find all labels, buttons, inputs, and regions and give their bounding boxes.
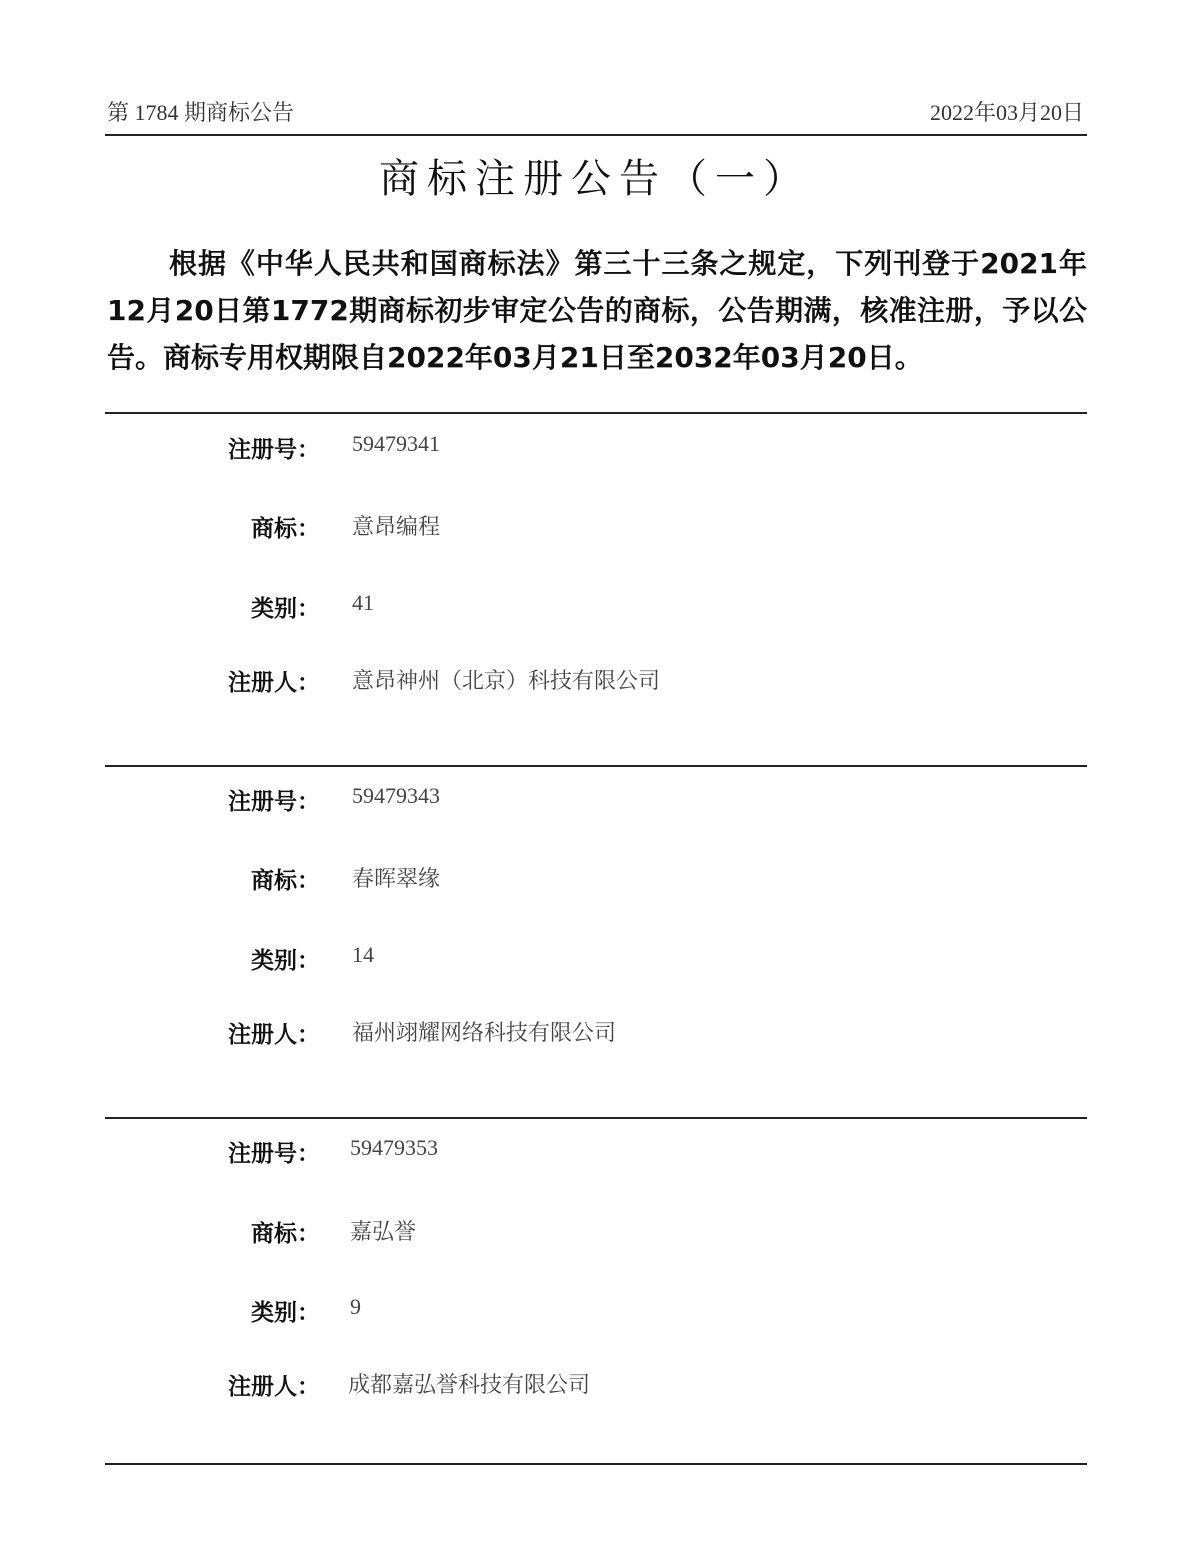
registrant-row: 注册人： 成都嘉弘誉科技有限公司 (0, 1368, 1190, 1398)
class-label: 类别： (251, 590, 320, 623)
issue-date: 2022年03月20日 (930, 96, 1084, 127)
intro-paragraph: 根据《中华人民共和国商标法》第三十三条之规定，下列刊登于2021年12月20日第… (107, 240, 1087, 381)
registrant-label: 注册人： (228, 1368, 320, 1401)
class-value: 9 (350, 1294, 361, 1320)
class-value: 14 (352, 942, 374, 968)
registrant-row: 注册人： 意昂神州（北京）科技有限公司 (0, 664, 1190, 694)
bottom-divider (105, 1463, 1087, 1465)
reg-no-row: 注册号： 59479341 (0, 431, 1190, 461)
reg-no-row: 注册号： 59479353 (0, 1135, 1190, 1165)
mark-label: 商标： (251, 862, 320, 895)
mark-value: 春晖翠缘 (352, 862, 440, 893)
reg-no-label: 注册号： (228, 1135, 320, 1168)
class-value: 41 (352, 590, 374, 616)
entry-divider (105, 1117, 1087, 1119)
reg-no-value: 59479353 (350, 1135, 438, 1161)
mark-label: 商标： (251, 510, 320, 543)
page-title: 商标注册公告（一） (0, 147, 1190, 204)
class-label: 类别： (251, 942, 320, 975)
registrant-value: 福州翊耀网络科技有限公司 (352, 1016, 616, 1047)
mark-row: 商标： 嘉弘誉 (0, 1215, 1190, 1245)
registrant-row: 注册人： 福州翊耀网络科技有限公司 (0, 1016, 1190, 1046)
class-label: 类别： (251, 1294, 320, 1327)
registrant-value: 意昂神州（北京）科技有限公司 (352, 664, 660, 695)
reg-no-value: 59479343 (352, 783, 440, 809)
reg-no-value: 59479341 (352, 431, 440, 457)
mark-row: 商标： 春晖翠缘 (0, 862, 1190, 892)
registrant-label: 注册人： (228, 664, 320, 697)
mark-row: 商标： 意昂编程 (0, 510, 1190, 540)
mark-value: 嘉弘誉 (350, 1215, 416, 1246)
class-row: 类别： 14 (0, 942, 1190, 972)
mark-label: 商标： (251, 1215, 320, 1248)
reg-no-label: 注册号： (228, 431, 320, 464)
class-row: 类别： 41 (0, 590, 1190, 620)
reg-no-row: 注册号： 59479343 (0, 783, 1190, 813)
entry-divider (105, 765, 1087, 767)
issue-number: 第 1784 期商标公告 (107, 96, 294, 127)
reg-no-label: 注册号： (228, 783, 320, 816)
entry-divider (105, 412, 1087, 414)
registrant-label: 注册人： (228, 1016, 320, 1049)
class-row: 类别： 9 (0, 1294, 1190, 1324)
mark-value: 意昂编程 (352, 510, 440, 541)
document-page: 第 1784 期商标公告 2022年03月20日 商标注册公告（一） 根据《中华… (0, 0, 1190, 1564)
header-divider (105, 134, 1087, 136)
registrant-value: 成都嘉弘誉科技有限公司 (348, 1368, 590, 1399)
